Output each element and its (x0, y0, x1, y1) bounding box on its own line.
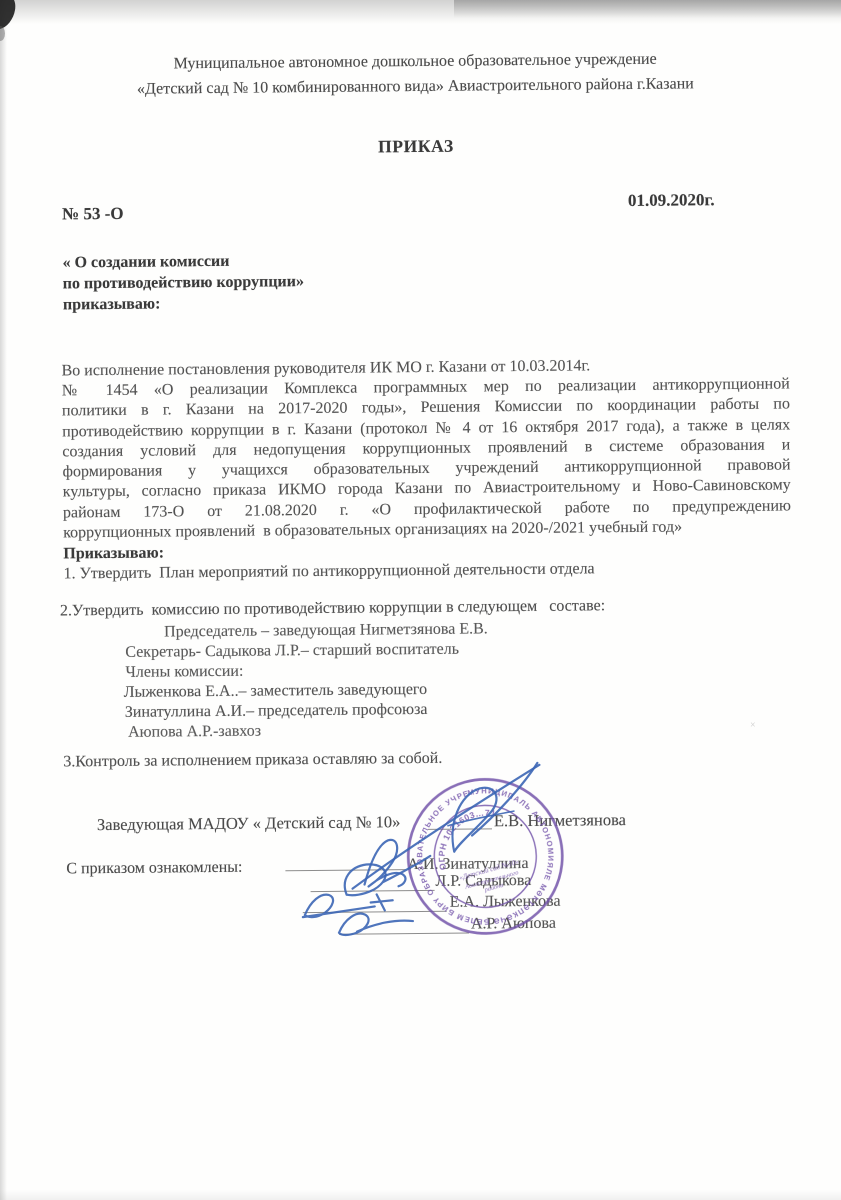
signatory-label: Заведующая МАДОУ « Детский сад № 10» (97, 812, 401, 834)
commission-line: Члены комиссии: (125, 662, 243, 682)
order-item-1: 1. Утвердить План мероприятий по антикор… (63, 559, 594, 583)
scan-bottom-shadow (0, 1190, 841, 1200)
order-item-3: 3.Контроль за исполнением приказа оставл… (63, 749, 442, 772)
commission-line: Секретарь- Садыкова Л.Р.– старший воспит… (125, 640, 459, 662)
scanned-order-document: Муниципальное автономное дошкольное обра… (0, 0, 841, 1200)
ack-signature-3 (303, 894, 393, 917)
stamp-ring-text: МУНИЦИПАЛЬ АВТОНОМИЯЛЕ МӘКТӘПКӘЧӘ БЕЛЕМ … (399, 770, 572, 943)
official-round-stamp: МУНИЦИПАЛЬ АВТОНОМИЯЛЕ МӘКТӘПКӘЧӘ БЕЛЕМ … (394, 766, 576, 948)
acknowledged-label: С приказом ознакомлены: (66, 858, 242, 879)
resolve-heading: Приказываю: (63, 543, 164, 563)
order-item-2: 2.Утвердить комиссию по противодействию … (60, 596, 605, 620)
document-content: Муниципальное автономное дошкольное обра… (0, 0, 841, 1200)
order-number: № 53 -О (62, 204, 124, 224)
signature-line (285, 869, 405, 871)
org-name-line2: «Детский сад № 10 комбинированного вида»… (0, 73, 836, 100)
scan-speck: × (750, 720, 756, 731)
scan-top-right-shadow (454, 0, 841, 18)
commission-line: Зинатуллина А.И.– председатель профсоюза (125, 700, 428, 722)
subject-line2: по противодействию коррупции» (63, 272, 304, 293)
commission-line: Председатель – заведующая Нигметзянова Е… (164, 619, 488, 641)
order-date: 01.09.2020г. (628, 190, 715, 210)
subject-line1: « О создании комиссии (62, 252, 229, 273)
commission-line: Лыженкова Е.А..– заместитель заведующего (124, 680, 428, 702)
scan-left-shadow (0, 0, 7, 1200)
document-title: ПРИКАЗ (0, 133, 837, 160)
commission-line: Аюпова А.Р.-завхоз (128, 722, 261, 742)
org-name-line1: Муниципальное автономное дошкольное обра… (0, 48, 836, 75)
subject-line3: приказываю: (63, 294, 161, 314)
